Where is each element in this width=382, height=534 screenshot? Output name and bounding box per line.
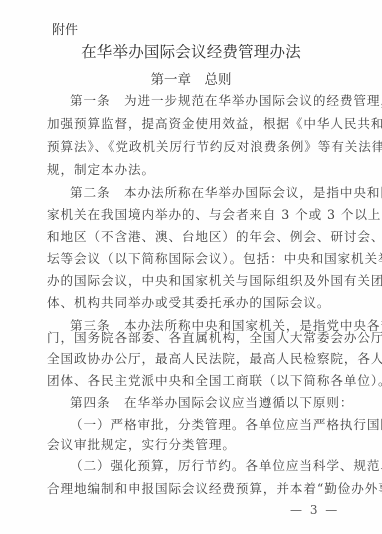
text-line: 合理地编制和申报国际会议经费预算，并本着“勤俭办外事” xyxy=(47,482,333,496)
document-page: 附件 在华举办国际会议经费管理办法 第一章 总则 第一条 为进一步规范在华举办国… xyxy=(0,0,382,534)
text-line: 会议审批规定，实行分类管理。 xyxy=(47,438,333,452)
text-line: 办的国际会议，中央和国家机关与国际组织及外国有关团 xyxy=(47,274,333,288)
text-line: 规，制定本办法。 xyxy=(47,163,333,177)
text-line: 加强预算监督，提高资金使用效益，根据《中华人民共和国 xyxy=(47,117,333,131)
attachment-label: 附件 xyxy=(52,19,78,38)
text-line: 全国政协办公厅，最高人民法院，最高人民检察院，各人民 xyxy=(47,352,333,366)
text-line: 预算法》、《党政机关厉行节约反对浪费条例》等有关法律法 xyxy=(47,140,333,154)
text-line: （二）强化预算，厉行节约。各单位应当科学、规范、 xyxy=(70,459,333,473)
text-line: 和地区（不含港、澳、台地区）的年会、例会、研讨会、论 xyxy=(47,230,333,244)
text-line: 第四条 在华举办国际会议应当遵循以下原则： xyxy=(70,396,333,410)
page-number: — 3 — xyxy=(290,503,339,517)
text-line: 第一条 为进一步规范在华举办国际会议的经费管理， xyxy=(70,94,333,108)
text-line: 坛等会议（以下简称国际会议）。包括：中央和国家机关举 xyxy=(47,252,333,266)
document-title: 在华举办国际会议经费管理办法 xyxy=(0,40,382,62)
text-line: 团体、各民主党派中央和全国工商联（以下简称各单位）。 xyxy=(47,374,333,388)
text-line: 体、机构共同举办或受其委托承办的国际会议。 xyxy=(47,296,333,310)
text-line: 第二条 本办法所称在华举办国际会议，是指中央和国 xyxy=(70,186,333,200)
text-line: 家机关在我国境内举办的、与会者来自 3 个或 3 个以上国家 xyxy=(47,208,333,222)
chapter-heading: 第一章 总则 xyxy=(0,68,382,88)
text-line: 门，国务院各部委、各直属机构，全国人大常委会办公厅， xyxy=(47,331,333,345)
text-line: （一）严格审批，分类管理。各单位应当严格执行国际 xyxy=(70,418,333,432)
